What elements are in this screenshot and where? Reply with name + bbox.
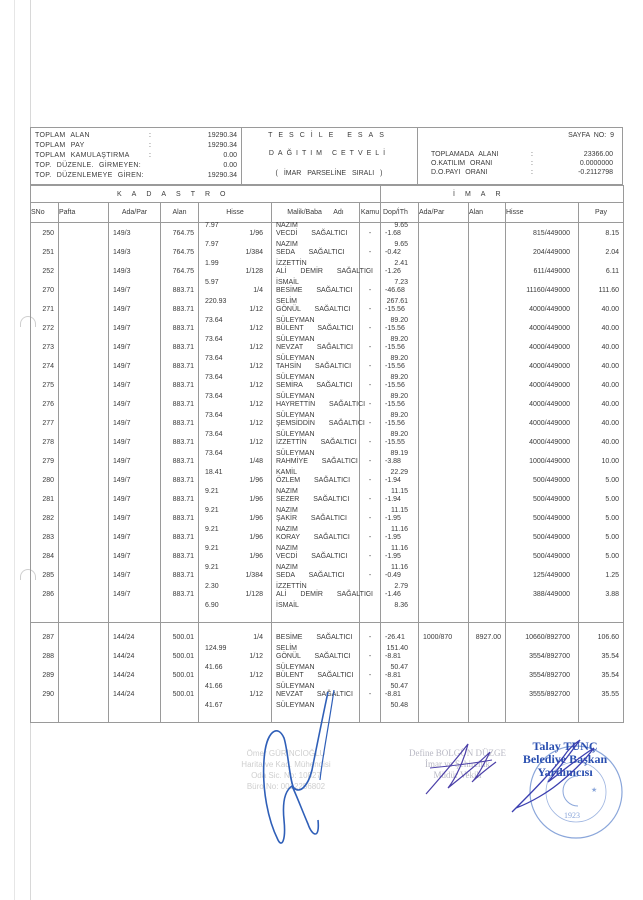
ith-prev: 2.41 xyxy=(394,260,408,267)
imar-hisse-cell: 500/449000 xyxy=(533,515,570,522)
ith-prev: 89.20 xyxy=(390,317,408,324)
table-row: 271149/7883.71220.931/12SELİMGÖNÜL SAĞAL… xyxy=(31,299,624,318)
ada-par-cell: 149/7 xyxy=(113,591,131,598)
alan-cell: 883.71 xyxy=(173,515,194,522)
col-pafta: Pafta xyxy=(59,203,109,223)
owner-name-cell: SEZER SAĞALTICI xyxy=(276,496,349,503)
owner-name-cell: ALİ DEMİR SAĞALTICI xyxy=(276,268,373,275)
sno-cell: 275 xyxy=(42,382,54,389)
dop-cell: -0.42 xyxy=(385,249,401,256)
imar-hisse-cell: 4000/449000 xyxy=(529,344,570,351)
hisse-area-prev: 9.21 xyxy=(205,488,219,495)
kamu-cell: - xyxy=(360,344,380,351)
father-name-prev: SÜLEYMAN xyxy=(276,355,315,362)
kamu-cell: - xyxy=(360,672,380,679)
ith-value: 50.48 xyxy=(390,702,408,709)
pay-cell: 40.00 xyxy=(602,325,620,332)
table-row: 273149/7883.7173.641/12SÜLEYMANNEVZAT SA… xyxy=(31,337,624,356)
separator: : xyxy=(531,160,533,168)
sno-cell: 273 xyxy=(42,344,54,351)
pay-cell: 5.00 xyxy=(605,515,619,522)
total-label: TOPLAM PAY xyxy=(35,141,85,150)
sno-cell: 277 xyxy=(42,420,54,427)
pay-cell: 40.00 xyxy=(602,382,620,389)
imar-hisse-cell: 4000/449000 xyxy=(529,420,570,427)
table-row: 285149/7883.719.211/384NAZIMSEDA SAĞALTI… xyxy=(31,565,624,584)
alan-cell: 883.71 xyxy=(173,382,194,389)
ada-par-cell: 144/24 xyxy=(113,653,134,660)
imar-hisse-cell: 204/449000 xyxy=(533,249,570,256)
col-hisse: Hisse xyxy=(199,203,272,223)
imar-hisse-cell: 4000/449000 xyxy=(529,401,570,408)
imar-hisse-cell: 10660/892700 xyxy=(525,634,570,641)
total-value: 19290.34 xyxy=(208,171,237,180)
table-row: 282149/7883.719.211/96NAZIMŞAKİR SAĞALTI… xyxy=(31,508,624,527)
ada-par-cell: 149/7 xyxy=(113,515,131,522)
ratio-label: D.O.PAYI ORANI xyxy=(431,169,487,177)
dop-cell: -46.68 xyxy=(385,287,405,294)
imar-section-header: İMAR xyxy=(381,186,624,203)
ada-par-cell: 149/7 xyxy=(113,572,131,579)
father-name-prev: SÜLEYMAN xyxy=(276,431,315,438)
hisse-area-prev: 7.97 xyxy=(205,241,219,248)
imar-hisse-cell: 815/449000 xyxy=(533,230,570,237)
sno-cell: 276 xyxy=(42,401,54,408)
sno-cell: 251 xyxy=(42,249,54,256)
ith-prev: 89.20 xyxy=(390,393,408,400)
dop-cell: -1.95 xyxy=(385,534,401,541)
sno-cell: 252 xyxy=(42,268,54,275)
imar-hisse-cell: 388/449000 xyxy=(533,591,570,598)
owner-name-cell: NEVZAT SAĞALTICI xyxy=(276,344,353,351)
hisse-area-prev: 73.64 xyxy=(205,355,223,362)
ith-prev: 11.16 xyxy=(391,564,408,571)
ada-par-cell: 149/7 xyxy=(113,325,131,332)
total-row: TOP. DÜZENLEMEYE GİREN:19290.34 xyxy=(35,171,237,180)
hisse-area-prev: 73.64 xyxy=(205,450,223,457)
ith-prev: 50.47 xyxy=(390,664,408,671)
dop-cell: -15.56 xyxy=(385,325,405,332)
father-name-prev: NAZIM xyxy=(276,545,298,552)
hisse-fraction-cell: 1/4 xyxy=(253,287,263,294)
table-row: 280149/7883.7118.411/96KAMİLÖZLEM SAĞALT… xyxy=(31,470,624,489)
kamu-cell: - xyxy=(360,401,380,408)
pay-cell: 40.00 xyxy=(602,363,620,370)
dop-cell: -15.56 xyxy=(385,306,405,313)
imar-hisse-cell: 1000/449000 xyxy=(529,458,570,465)
ada-par-cell: 149/7 xyxy=(113,439,131,446)
father-name-prev: NAZIM xyxy=(276,526,298,533)
alan-cell: 764.75 xyxy=(173,230,194,237)
pay-cell: 1.25 xyxy=(605,572,619,579)
kamu-cell: - xyxy=(360,591,380,598)
ada-par-cell: 149/7 xyxy=(113,553,131,560)
father-name-prev: SÜLEYMAN xyxy=(276,393,315,400)
alan-cell: 883.71 xyxy=(173,477,194,484)
col-alan: Alan xyxy=(161,203,199,223)
ratio-label: O.KATILIM ORANI xyxy=(431,160,492,168)
ada-par-cell: 149/7 xyxy=(113,477,131,484)
dop-cell: -1.26 xyxy=(385,268,401,275)
col-imar-ada-par: Ada/Par xyxy=(419,203,469,223)
director-signature xyxy=(420,738,500,798)
hisse-fraction-cell: 1/128 xyxy=(245,591,263,598)
sno-cell: 281 xyxy=(42,496,54,503)
pay-cell: 5.00 xyxy=(605,534,619,541)
father-name-prev: NAZIM xyxy=(276,488,298,495)
alan-cell: 883.71 xyxy=(173,496,194,503)
alan-cell: 764.75 xyxy=(173,249,194,256)
imar-hisse-cell: 500/449000 xyxy=(533,534,570,541)
hisse-fraction-cell: 1/96 xyxy=(249,496,263,503)
ith-prev: 89.20 xyxy=(390,374,408,381)
pay-cell: 5.00 xyxy=(605,496,619,503)
separator: : xyxy=(531,151,533,159)
father-name-prev: NAZIM xyxy=(276,222,298,229)
imar-hisse-cell: 500/449000 xyxy=(533,553,570,560)
dop-cell: -3.88 xyxy=(385,458,401,465)
ith-prev: 11.15 xyxy=(391,507,408,514)
hisse-area-prev: 9.21 xyxy=(205,545,219,552)
total-label: TOP. DÜZENLE. GİRMEYEN: xyxy=(35,161,141,170)
owner-name-cell: ŞEMSİDDİN SAĞALTICI xyxy=(276,420,365,427)
hisse-area: 6.90 xyxy=(205,602,219,609)
sno-cell: 270 xyxy=(42,287,54,294)
owner-name-cell: GÖNÜL SAĞALTICI xyxy=(276,306,351,313)
owner-name-cell: BÜLENT SAĞALTICI xyxy=(276,672,353,679)
ada-par-cell: 149/7 xyxy=(113,363,131,370)
pay-cell: 35.54 xyxy=(602,672,620,679)
imar-hisse-cell: 4000/449000 xyxy=(529,325,570,332)
hisse-area-prev: 220.93 xyxy=(205,298,226,305)
imar-hisse-cell: 3554/892700 xyxy=(529,672,570,679)
ratio-label: TOPLAMADA ALANI xyxy=(431,151,498,159)
dop-cell: -15.56 xyxy=(385,401,405,408)
alan-cell: 883.71 xyxy=(173,458,194,465)
imar-hisse-cell: 4000/449000 xyxy=(529,363,570,370)
father-name-prev: NAZIM xyxy=(276,241,298,248)
kamu-cell: - xyxy=(360,439,380,446)
hisse-fraction-cell: 1/4 xyxy=(253,634,263,641)
alan-cell: 500.01 xyxy=(173,672,194,679)
ratio-row: O.KATILIM ORANI:0.0000000 xyxy=(431,160,612,168)
owner-name-cell: ÖZLEM SAĞALTICI xyxy=(276,477,350,484)
total-label: TOPLAM ALAN xyxy=(35,131,90,140)
sno-cell: 286 xyxy=(42,591,54,598)
owner-name-cell: KORAY SAĞALTICI xyxy=(276,534,350,541)
ith-prev: 9.65 xyxy=(394,241,408,248)
separator: : xyxy=(149,151,151,160)
sno-cell: 272 xyxy=(42,325,54,332)
col-imar-hisse: Hisse xyxy=(506,203,579,223)
ada-par-cell: 149/7 xyxy=(113,496,131,503)
hisse-area-prev: 9.21 xyxy=(205,507,219,514)
title-line-3: ( İMAR PARSELİNE SIRALI ) xyxy=(241,170,417,177)
imar-hisse-cell: 3554/892700 xyxy=(529,653,570,660)
owner-name-cell: HAYRETTİN SAĞALTICI xyxy=(276,401,365,408)
table-row: 278149/7883.7173.641/12SÜLEYMANİZZETTİN … xyxy=(31,432,624,451)
alan-cell: 883.71 xyxy=(173,344,194,351)
table-row: 276149/7883.7173.641/12SÜLEYMANHAYRETTİN… xyxy=(31,394,624,413)
ith-prev: 89.20 xyxy=(390,412,408,419)
sno-cell: 271 xyxy=(42,306,54,313)
kadastro-section-header: KADASTRO xyxy=(31,186,381,203)
dop-cell: -8.81 xyxy=(385,691,401,698)
imar-hisse-cell: 11160/449000 xyxy=(526,287,570,294)
total-row: TOPLAM PAY:19290.34 xyxy=(35,141,237,150)
kamu-cell: - xyxy=(360,458,380,465)
pay-cell: 35.54 xyxy=(602,653,620,660)
hisse-fraction-cell: 1/12 xyxy=(249,382,263,389)
pay-cell: 106.60 xyxy=(598,634,619,641)
table-row-tail: 6.90İSMAİL8.36 xyxy=(31,603,624,623)
total-value: 19290.34 xyxy=(208,141,237,150)
ada-par-cell: 149/7 xyxy=(113,382,131,389)
separator: : xyxy=(531,169,533,177)
kamu-cell: - xyxy=(360,306,380,313)
ratio-value: -0.2112798 xyxy=(545,169,613,177)
father-name-prev: SÜLEYMAN xyxy=(276,336,315,343)
ith-prev: 50.47 xyxy=(390,683,408,690)
pay-cell: 35.55 xyxy=(602,691,620,698)
owner-name-cell: RAHMİYE SAĞALTICI xyxy=(276,458,358,465)
dop-cell: -15.55 xyxy=(385,439,405,446)
dop-cell: -1.94 xyxy=(385,477,401,484)
alan-cell: 883.71 xyxy=(173,287,194,294)
ada-par-cell: 149/7 xyxy=(113,534,131,541)
alan-cell: 883.71 xyxy=(173,420,194,427)
total-value: 0.00 xyxy=(223,151,237,160)
hisse-area-prev: 73.64 xyxy=(205,393,223,400)
dop-cell: -1.46 xyxy=(385,591,401,598)
pay-cell: 40.00 xyxy=(602,401,620,408)
dop-cell: -0.49 xyxy=(385,572,401,579)
owner-name-cell: GÖNÜL SAĞALTICI xyxy=(276,653,351,660)
total-row: TOP. DÜZENLE. GİRMEYEN:0.00 xyxy=(35,161,237,170)
alan-cell: 883.71 xyxy=(173,306,194,313)
father-name-prev: SÜLEYMAN xyxy=(276,683,315,690)
father-name-prev: SELİM xyxy=(276,645,297,652)
hisse-area-prev: 124.99 xyxy=(205,645,226,652)
hisse-fraction-cell: 1/48 xyxy=(249,458,263,465)
owner-name-cell: İZZETTİN SAĞALTICI xyxy=(276,439,357,446)
imar-hisse-cell: 611/449000 xyxy=(534,268,570,275)
kamu-cell: - xyxy=(360,572,380,579)
pay-cell: 40.00 xyxy=(602,439,620,446)
pay-cell: 2.04 xyxy=(605,249,619,256)
hisse-area-prev: 41.66 xyxy=(205,664,223,671)
father-name: İSMAİL xyxy=(276,602,299,609)
separator: : xyxy=(149,141,151,150)
pay-cell: 10.00 xyxy=(602,458,620,465)
dop-cell: -8.81 xyxy=(385,653,401,660)
owner-name-cell: SEMİRA SAĞALTICI xyxy=(276,382,352,389)
dop-cell: -26.41 xyxy=(385,634,405,641)
ith-prev: 11.15 xyxy=(391,488,408,495)
ada-par-cell: 149/7 xyxy=(113,401,131,408)
ith-prev: 267.61 xyxy=(387,298,408,305)
dop-cell: -1.68 xyxy=(385,230,401,237)
kamu-cell: - xyxy=(360,230,380,237)
hisse-area-prev: 73.64 xyxy=(205,317,223,324)
sheet-header: TOPLAM ALAN:19290.34TOPLAM PAY:19290.34T… xyxy=(30,127,623,185)
hisse-fraction-cell: 1/96 xyxy=(249,477,263,484)
title-line-2: DAĞITIM CETVELİ xyxy=(241,150,417,157)
col-kamu: Kamu xyxy=(360,203,381,223)
kamu-cell: - xyxy=(360,420,380,427)
alan-cell: 883.71 xyxy=(173,363,194,370)
hisse-fraction-cell: 1/12 xyxy=(249,306,263,313)
kamu-cell: - xyxy=(360,382,380,389)
imar-hisse-cell: 3555/892700 xyxy=(529,691,570,698)
alan-cell: 500.01 xyxy=(173,634,194,641)
hisse-fraction-cell: 1/12 xyxy=(249,672,263,679)
hisse-fraction-cell: 1/12 xyxy=(249,363,263,370)
alan-cell: 883.71 xyxy=(173,534,194,541)
hisse-fraction-cell: 1/12 xyxy=(249,401,263,408)
pay-cell: 40.00 xyxy=(602,344,620,351)
kamu-cell: - xyxy=(360,534,380,541)
hisse-fraction-cell: 1/96 xyxy=(249,534,263,541)
table-row: 252149/3764.751.991/128İZZETTİNALİ DEMİR… xyxy=(31,261,624,280)
distribution-sheet: TOPLAM ALAN:19290.34TOPLAM PAY:19290.34T… xyxy=(30,127,623,723)
ada-par-cell: 144/24 xyxy=(113,672,134,679)
ada-par-cell: 144/24 xyxy=(113,634,134,641)
kamu-cell: - xyxy=(360,249,380,256)
kamu-cell: - xyxy=(360,268,380,275)
col-dop-ith: Dop/İTh xyxy=(381,203,419,223)
hisse-fraction-cell: 1/12 xyxy=(249,420,263,427)
alan-cell: 764.75 xyxy=(173,268,194,275)
imar-hisse-cell: 4000/449000 xyxy=(529,306,570,313)
kamu-cell: - xyxy=(360,496,380,503)
table-row: 279149/7883.7173.641/48SÜLEYMANRAHMİYE S… xyxy=(31,451,624,470)
title-block: TESCİLE ESAS DAĞITIM CETVELİ ( İMAR PARS… xyxy=(241,128,418,184)
dop-cell: -8.81 xyxy=(385,672,401,679)
table-row: 270149/7883.715.971/4İSMAİLBESİME SAĞALT… xyxy=(31,280,624,299)
ratio-block: SAYFA NO: 9 TOPLAMADA ALANI:23366.00O.KA… xyxy=(417,128,622,184)
owner-name-cell: TAHSİN SAĞALTICI xyxy=(276,363,351,370)
ith-prev: 11.16 xyxy=(391,526,408,533)
kamu-cell: - xyxy=(360,287,380,294)
hisse-area-prev: 18.41 xyxy=(205,469,223,476)
ith-prev: 2.79 xyxy=(394,583,408,590)
ith-prev: 7.23 xyxy=(394,279,408,286)
hisse-area-prev: 1.99 xyxy=(205,260,219,267)
pay-cell: 5.00 xyxy=(605,477,619,484)
sno-cell: 288 xyxy=(42,653,54,660)
total-value: 19290.34 xyxy=(208,131,237,140)
father-name-prev: İZZETTİN xyxy=(276,583,307,590)
hisse-area-prev: 73.64 xyxy=(205,374,223,381)
hisse-fraction-cell: 1/12 xyxy=(249,439,263,446)
ada-par-cell: 149/3 xyxy=(113,249,131,256)
hisse-area-prev: 9.21 xyxy=(205,564,219,571)
ith-prev: 151.40 xyxy=(387,645,408,652)
dop-cell: -1.95 xyxy=(385,553,401,560)
dop-cell: -15.56 xyxy=(385,382,405,389)
father-name-prev: NAZIM xyxy=(276,507,298,514)
table-row: 283149/7883.719.211/96NAZIMKORAY SAĞALTI… xyxy=(31,527,624,546)
father-name-prev: SÜLEYMAN xyxy=(276,374,315,381)
alan-cell: 883.71 xyxy=(173,572,194,579)
sno-cell: 280 xyxy=(42,477,54,484)
owner-name-cell: BESİME SAĞALTICI xyxy=(276,634,352,641)
hisse-area-prev: 41.66 xyxy=(205,683,223,690)
owner-name-cell: BÜLENT SAĞALTICI xyxy=(276,325,353,332)
imar-hisse-cell: 4000/449000 xyxy=(529,382,570,389)
father-name-prev: SÜLEYMAN xyxy=(276,450,315,457)
title-line-1: TESCİLE ESAS xyxy=(241,132,417,139)
hisse-fraction-cell: 1/128 xyxy=(245,268,263,275)
ith-value: 8.36 xyxy=(394,602,408,609)
table-row: 250149/3764.757.971/96NAZIMVECDİ SAĞALTI… xyxy=(31,223,624,243)
ada-par-cell: 149/3 xyxy=(113,268,131,275)
totals-block: TOPLAM ALAN:19290.34TOPLAM PAY:19290.34T… xyxy=(31,128,242,184)
imar-hisse-cell: 125/449000 xyxy=(533,572,570,579)
hisse-fraction-cell: 1/384 xyxy=(245,249,263,256)
dop-cell: -15.56 xyxy=(385,363,405,370)
father-name-prev: KAMİL xyxy=(276,469,297,476)
ith-prev: 89.20 xyxy=(390,431,408,438)
separator: : xyxy=(149,131,151,140)
hisse-area: 41.67 xyxy=(205,702,223,709)
pay-cell: 40.00 xyxy=(602,306,620,313)
imar-ada-par-cell: 1000/870 xyxy=(423,634,452,641)
col-pay: Pay xyxy=(579,203,624,223)
sno-cell: 283 xyxy=(42,534,54,541)
kamu-cell: - xyxy=(360,691,380,698)
imar-hisse-cell: 500/449000 xyxy=(533,477,570,484)
col-sno: SNo xyxy=(31,203,59,223)
owner-name-cell: VECDİ SAĞALTICI xyxy=(276,230,347,237)
table-row: 284149/7883.719.211/96NAZIMVECDİ SAĞALTI… xyxy=(31,546,624,565)
hisse-area-prev: 73.64 xyxy=(205,431,223,438)
dop-cell: -1.95 xyxy=(385,515,401,522)
kamu-cell: - xyxy=(360,477,380,484)
alan-cell: 883.71 xyxy=(173,325,194,332)
hisse-fraction-cell: 1/96 xyxy=(249,230,263,237)
sno-cell: 287 xyxy=(42,634,54,641)
ith-prev: 9.65 xyxy=(394,222,408,229)
table-row: 275149/7883.7173.641/12SÜLEYMANSEMİRA SA… xyxy=(31,375,624,394)
total-value: 0.00 xyxy=(223,161,237,170)
ratio-value: 23366.00 xyxy=(545,151,613,159)
owner-name-cell: BESİME SAĞALTICI xyxy=(276,287,352,294)
father-name-prev: İZZETTİN xyxy=(276,260,307,267)
table-row: 272149/7883.7173.641/12SÜLEYMANBÜLENT SA… xyxy=(31,318,624,337)
table-row: 287144/24500.011/4BESİME SAĞALTICI--26.4… xyxy=(31,627,624,646)
ith-prev: 22.29 xyxy=(390,469,408,476)
sno-cell: 290 xyxy=(42,691,54,698)
ada-par-cell: 149/7 xyxy=(113,306,131,313)
sno-cell: 282 xyxy=(42,515,54,522)
table-row: 281149/7883.719.211/96NAZIMSEZER SAĞALTI… xyxy=(31,489,624,508)
sno-cell: 278 xyxy=(42,439,54,446)
alan-cell: 883.71 xyxy=(173,401,194,408)
hisse-fraction-cell: 1/12 xyxy=(249,653,263,660)
father-name-prev: SÜLEYMAN xyxy=(276,317,315,324)
distribution-table: KADASTRO İMAR SNo Pafta Ada/Par Alan His… xyxy=(30,185,624,723)
imar-hisse-cell: 500/449000 xyxy=(533,496,570,503)
dop-cell: -1.94 xyxy=(385,496,401,503)
pay-cell: 5.00 xyxy=(605,553,619,560)
hisse-area-prev: 73.64 xyxy=(205,336,223,343)
hisse-fraction-cell: 1/12 xyxy=(249,325,263,332)
hisse-fraction-cell: 1/96 xyxy=(249,515,263,522)
dop-cell: -15.56 xyxy=(385,344,405,351)
owner-name-cell: SEDA SAĞALTICI xyxy=(276,249,345,256)
